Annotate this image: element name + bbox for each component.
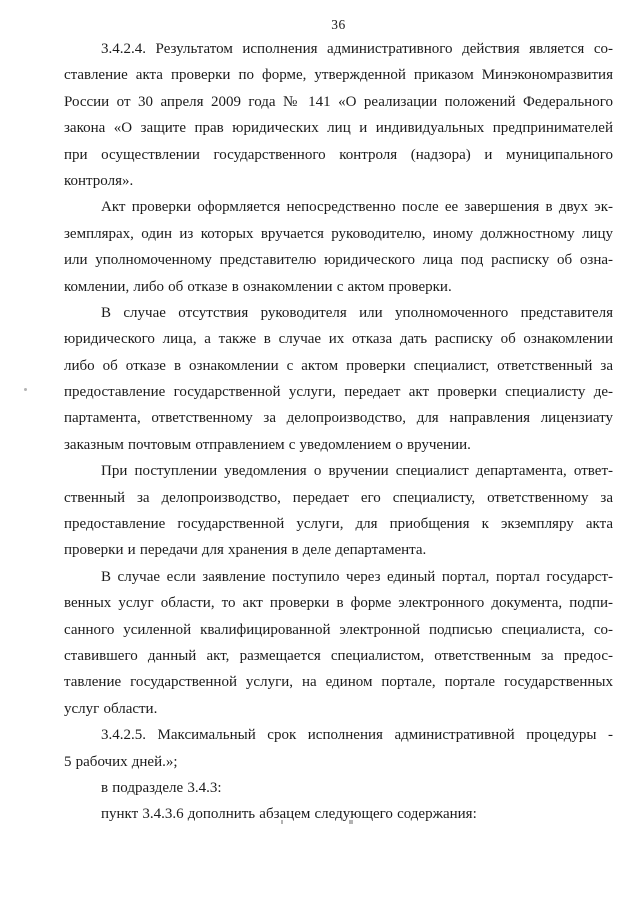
text-line: проверки и передачи для хранения в деле … bbox=[64, 537, 613, 563]
text-line: ставление акта проверки по форме, утверж… bbox=[64, 62, 613, 88]
text-line: В случае отсутствия руководителя или упо… bbox=[64, 300, 613, 326]
text-line: земплярах, один из которых вручается рук… bbox=[64, 221, 613, 247]
scan-artifact bbox=[24, 388, 27, 391]
text-line: При поступлении уведомления о вручении с… bbox=[64, 458, 613, 484]
text-line: либо об отказе в ознакомлении с актом пр… bbox=[64, 353, 613, 379]
scan-artifact bbox=[349, 820, 353, 824]
text-line: в подразделе 3.4.3: bbox=[64, 775, 613, 801]
text-line: 5 рабочих дней.»; bbox=[64, 749, 613, 775]
text-line: пункт 3.4.3.6 дополнить абзацем следующе… bbox=[64, 801, 613, 827]
text-line: венных услуг области, то акт проверки в … bbox=[64, 590, 613, 616]
page-number: 36 bbox=[64, 17, 613, 33]
text-line: России от 30 апреля 2009 года № 141 «О р… bbox=[64, 89, 613, 115]
document-page: 36 3.4.2.4. Результатом исполнения админ… bbox=[0, 0, 640, 905]
text-line: В случае если заявление поступило через … bbox=[64, 564, 613, 590]
text-line: заказным почтовым отправлением с уведомл… bbox=[64, 432, 613, 458]
text-line: тавление государственной услуги, на един… bbox=[64, 669, 613, 695]
text-line: предоставление государственной услуги, д… bbox=[64, 511, 613, 537]
text-line: при осуществлении государственного контр… bbox=[64, 142, 613, 168]
text-line: 3.4.2.5. Максимальный срок исполнения ад… bbox=[64, 722, 613, 748]
text-line: предоставление государственной услуги, п… bbox=[64, 379, 613, 405]
text-line: партамента, ответственному за делопроизв… bbox=[64, 405, 613, 431]
text-line: юридического лица, а также в случае их о… bbox=[64, 326, 613, 352]
text-line: ственный за делопроизводство, передает е… bbox=[64, 485, 613, 511]
text-line: комлении, либо об отказе в ознакомлении … bbox=[64, 274, 613, 300]
text-line: контроля». bbox=[64, 168, 613, 194]
text-line: Акт проверки оформляется непосредственно… bbox=[64, 194, 613, 220]
document-body: 3.4.2.4. Результатом исполнения админист… bbox=[64, 36, 613, 828]
text-line: закона «О защите прав юридических лиц и … bbox=[64, 115, 613, 141]
text-line: ставившего данный акт, размещается специ… bbox=[64, 643, 613, 669]
scan-artifact bbox=[281, 820, 283, 824]
text-line: 3.4.2.4. Результатом исполнения админист… bbox=[64, 36, 613, 62]
text-line: или уполномоченному представителю юридич… bbox=[64, 247, 613, 273]
text-line: санного усиленной квалифицированной элек… bbox=[64, 617, 613, 643]
text-line: услуг области. bbox=[64, 696, 613, 722]
